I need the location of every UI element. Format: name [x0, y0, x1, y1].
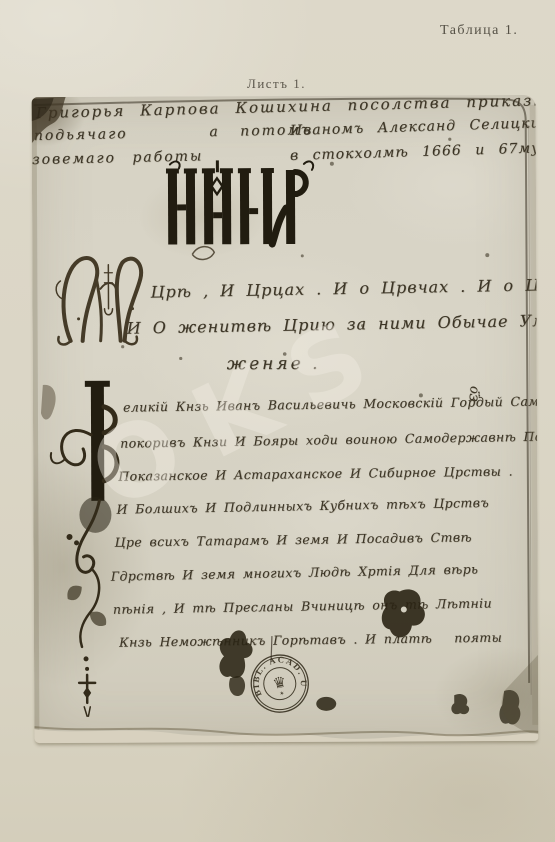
seal-ornament: ✶ — [279, 690, 285, 698]
vyaz-title — [166, 160, 316, 253]
body-line: пѣнiя , И тѣ Пресланы Вчиницѣ онъ тѣ Лѣт… — [113, 595, 492, 616]
quire-margin-mark: о҃з — [464, 385, 484, 403]
book-page: Таблица 1. Листъ 1. Григорья Карпова Кош… — [0, 0, 555, 842]
ornate-initial-m — [54, 249, 146, 349]
header-line-3-right: в стокхолмѣ 1666 и 67му — [290, 140, 539, 164]
body-line: Цре всихъ Татарамъ И земя И Посадивъ Ств… — [115, 529, 472, 549]
manuscript-plate: Григорья Карпова Кошихина посолства прик… — [32, 95, 539, 743]
plate-caption: Листъ 1. — [247, 76, 306, 92]
body-line: Гдрствѣ И земя многихъ Людѣ Хртiя Для вѣ… — [111, 561, 479, 583]
header-line-2-right: Иваномъ Александ Селицкимъ — [290, 115, 539, 139]
header-line-2-left: подьячаго а потомъ — [34, 122, 313, 144]
table-number-label: Таблица 1. — [440, 23, 518, 39]
library-seal: BIBL. ACAD. UPSAL. ♛ ✶ — [231, 635, 329, 733]
